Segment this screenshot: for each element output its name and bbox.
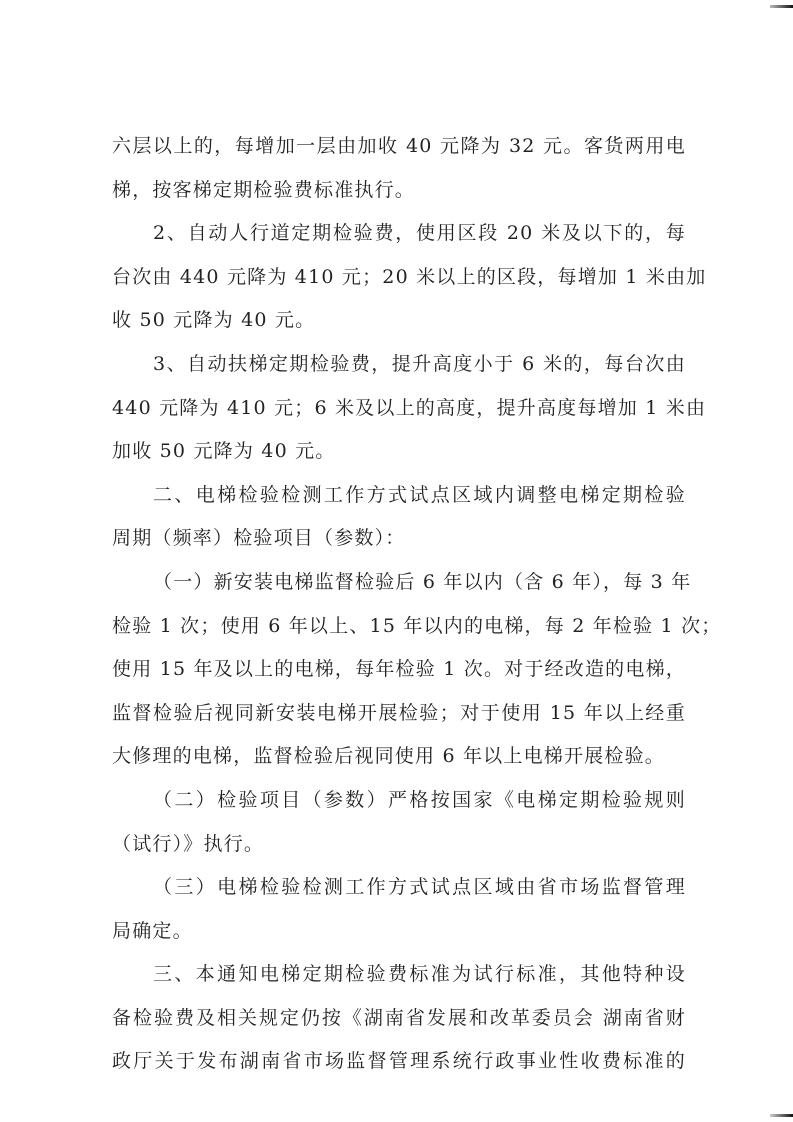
text-line: 大修理的电梯，监督检验后视同使用 6 年以上电梯开展检验。 xyxy=(112,735,686,779)
text-line: 台次由 440 元降为 410 元；20 米以上的区段，每增加 1 米由加 xyxy=(112,256,686,300)
text-line: 政厅关于发布湖南省市场监督管理系统行政事业性收费标准的 xyxy=(112,1040,686,1084)
text-line: （一）新安装电梯监督检验后 6 年以内（含 6 年），每 3 年 xyxy=(112,561,686,605)
text-line: 440 元降为 410 元；6 米及以上的高度，提升高度每增加 1 米由 xyxy=(112,387,686,431)
text-line: 检验 1 次；使用 6 年以上、15 年以内的电梯，每 2 年检验 1 次； xyxy=(112,605,686,649)
text-line: 备检验费及相关规定仍按《湖南省发展和改革委员会 湖南省财 xyxy=(112,997,686,1041)
text-line: 六层以上的，每增加一层由加收 40 元降为 32 元。客货两用电 xyxy=(112,125,686,169)
text-line: 监督检验后视同新安装电梯开展检验；对于使用 15 年以上经重 xyxy=(112,692,686,736)
text-line: 二、电梯检验检测工作方式试点区域内调整电梯定期检验 xyxy=(112,474,686,518)
text-line: （试行）》执行。 xyxy=(112,823,686,867)
text-line: 三、本通知电梯定期检验费标准为试行标准，其他特种设 xyxy=(112,953,686,997)
text-line: （二）检验项目（参数）严格按国家《电梯定期检验规则 xyxy=(112,779,686,823)
text-line: 3、自动扶梯定期检验费，提升高度小于 6 米的，每台次由 xyxy=(112,343,686,387)
text-line: 周期（频率）检验项目（参数）： xyxy=(112,517,686,561)
text-line: （三）电梯检验检测工作方式试点区域由省市场监督管理 xyxy=(112,866,686,910)
text-line: 收 50 元降为 40 元。 xyxy=(112,299,686,343)
text-line: 使用 15 年及以上的电梯，每年检验 1 次。对于经改造的电梯， xyxy=(112,648,686,692)
scan-edge-mark-top xyxy=(770,5,793,8)
text-line: 加收 50 元降为 40 元。 xyxy=(112,430,686,474)
text-line: 局确定。 xyxy=(112,910,686,954)
text-line: 梯，按客梯定期检验费标准执行。 xyxy=(112,169,686,213)
document-body: 六层以上的，每增加一层由加收 40 元降为 32 元。客货两用电梯，按客梯定期检… xyxy=(112,125,686,1084)
scan-edge-mark-bottom xyxy=(770,1114,793,1117)
text-line: 2、自动人行道定期检验费，使用区段 20 米及以下的，每 xyxy=(112,212,686,256)
document-page: 六层以上的，每增加一层由加收 40 元降为 32 元。客货两用电梯，按客梯定期检… xyxy=(0,0,793,1122)
